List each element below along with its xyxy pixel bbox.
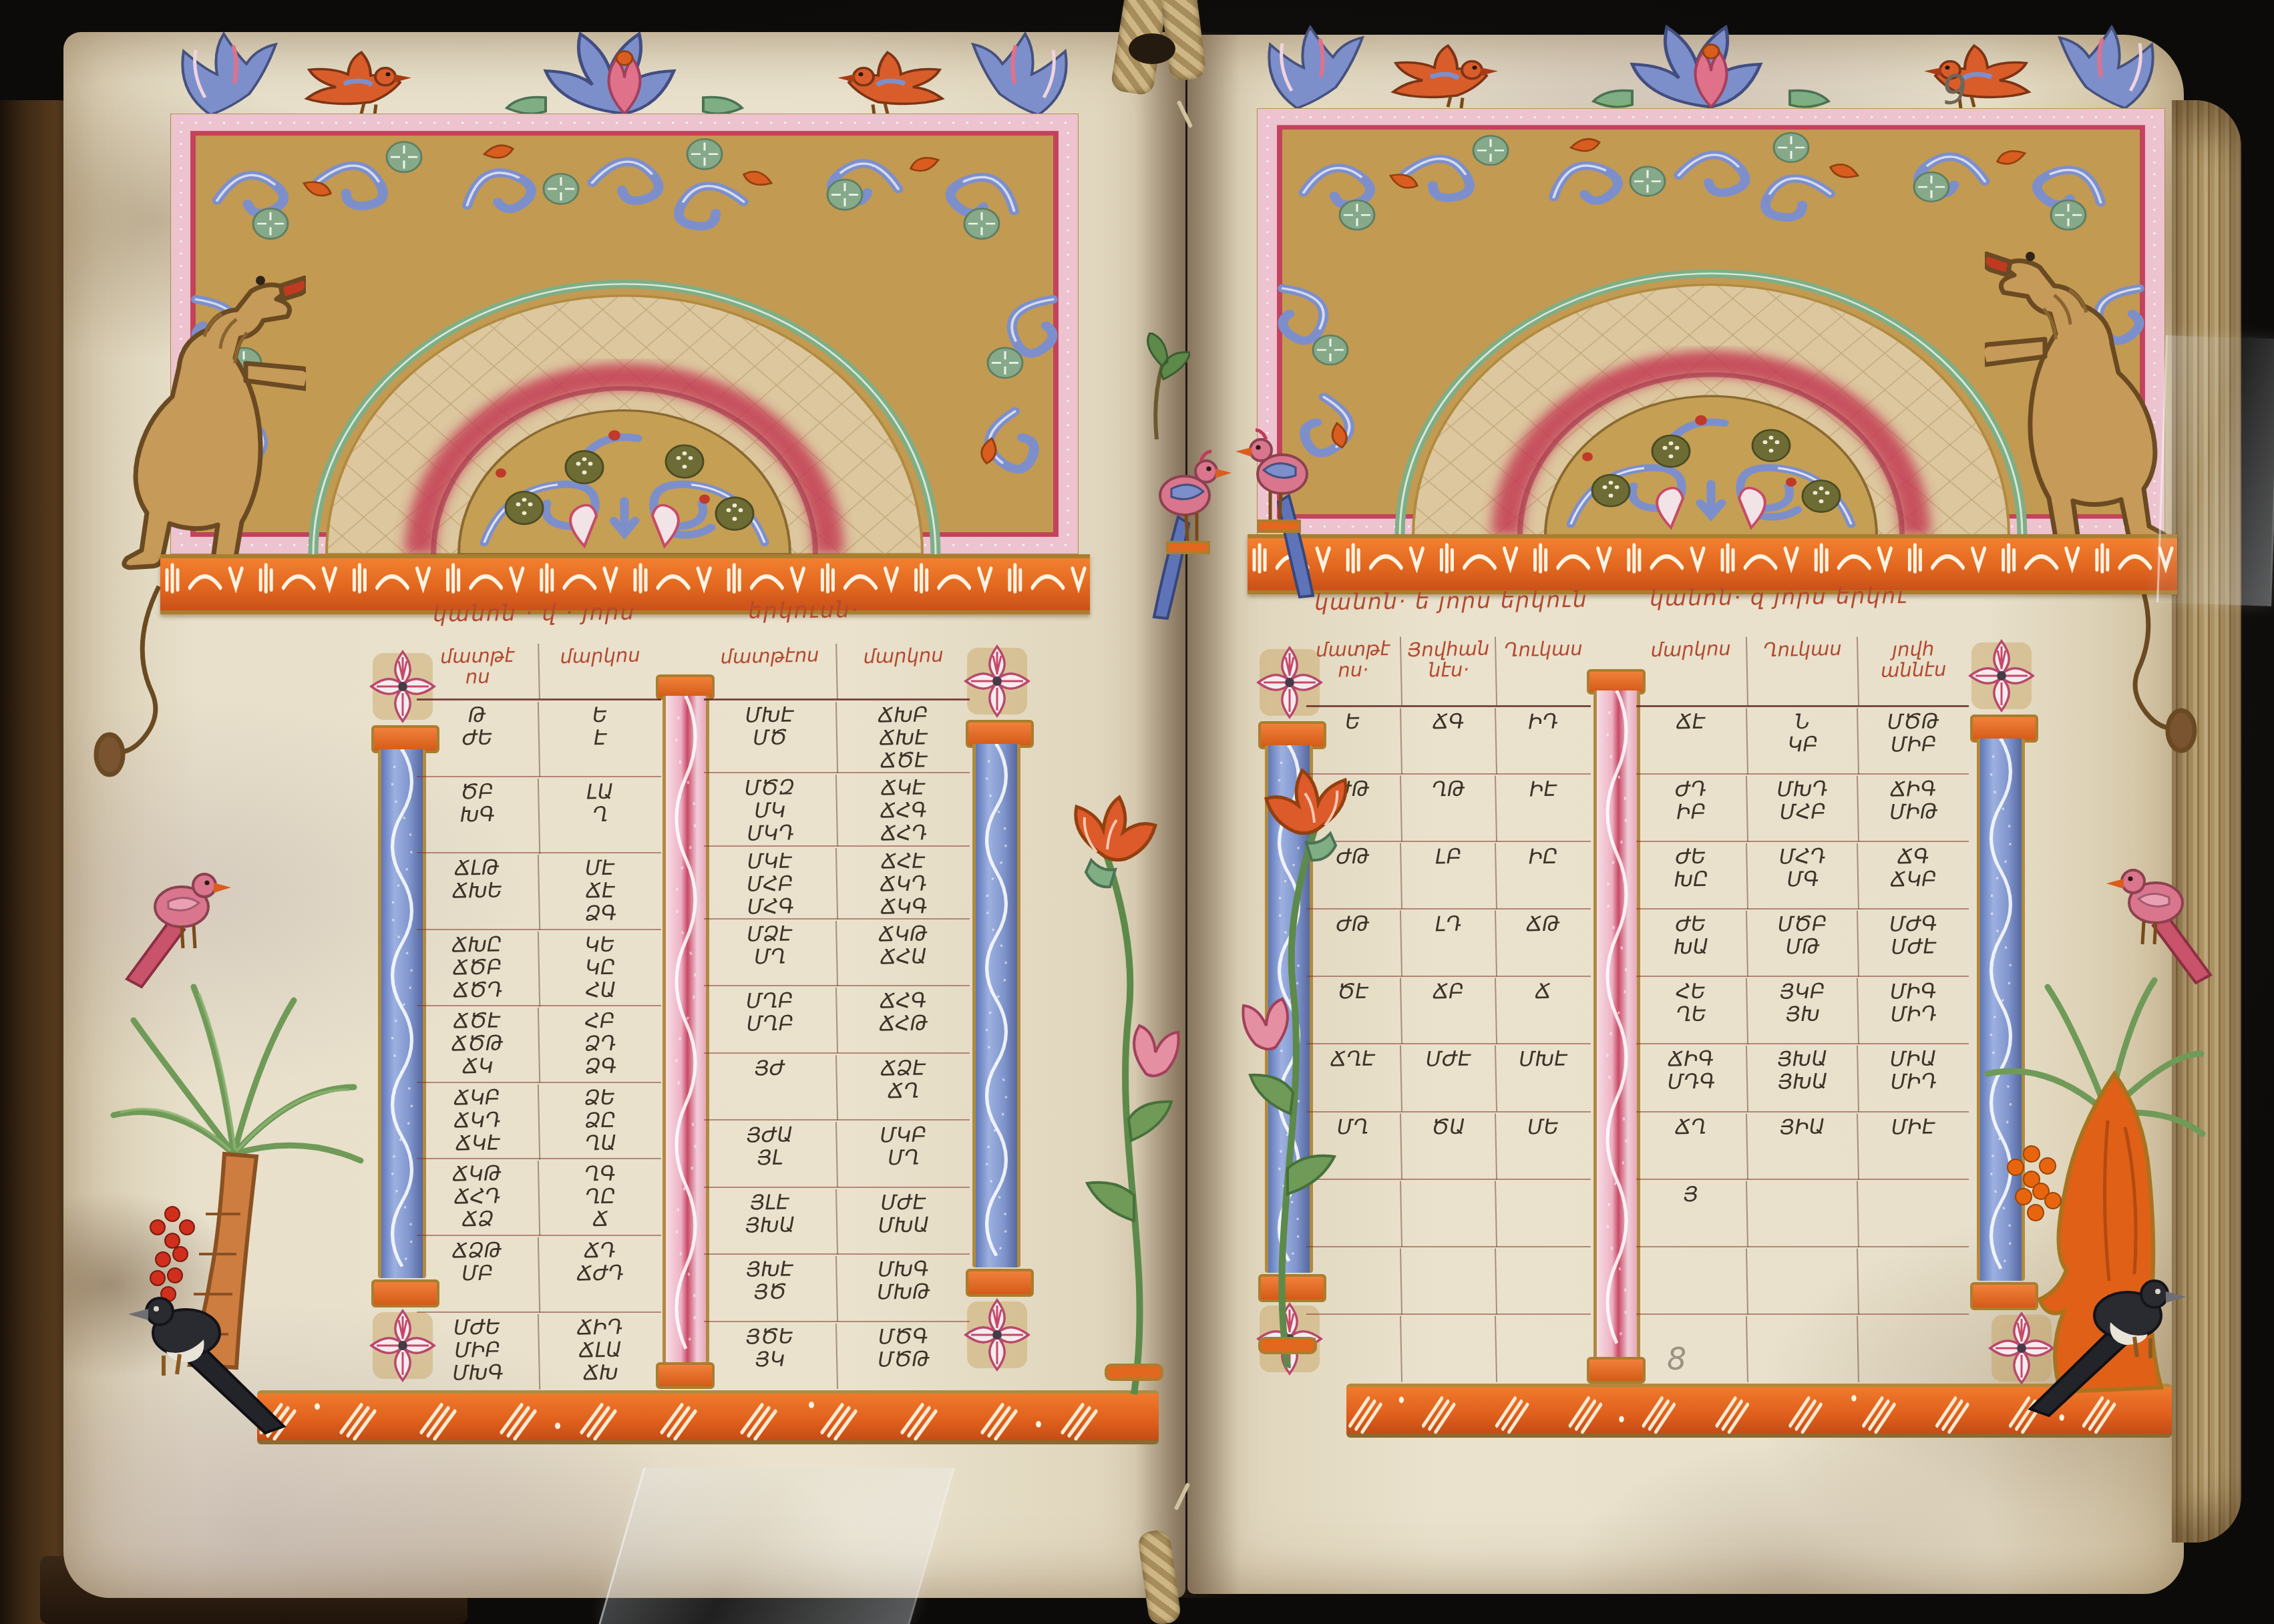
manuscript-photo: կանոն · վ · յորս երկուսն· մատթէ ոսմարկոս… bbox=[0, 0, 2274, 1624]
table-row: Թ ԺԵԵ Է bbox=[417, 698, 661, 776]
table-cell: ԻԸ bbox=[1495, 841, 1591, 909]
column-shaft-pink bbox=[662, 696, 709, 1364]
table-cell: ՃԻԳ ՄԴԳ bbox=[1636, 1044, 1747, 1112]
table-row: ՃԿԹ ՃՀԴ ՃՁՂԳ ՂԸ Ճ bbox=[417, 1158, 661, 1235]
table-cell: ՃԽԲ ՃԽԷ ՃԾԷ bbox=[835, 699, 970, 773]
table-row: ՄԾԶ ՄԿ ՄԿԴՃԿԷ ՃՀԳ ՃՀԴ bbox=[704, 772, 970, 845]
margin-bird-pink bbox=[2097, 835, 2231, 995]
canon-table: մատթէ ոսմարկոսԹ ԺԵԵ ԷԾԲ ԽԳԼԱ ՂՃԼԹ ՃԽԵՄԷ … bbox=[417, 642, 661, 1388]
perched-bird-left-page bbox=[1130, 417, 1237, 630]
table-row: ՅԼԷ ՅԽԱՄԺԷ ՄԽԱ bbox=[704, 1187, 970, 1253]
folio-number: 9 bbox=[1941, 66, 1969, 114]
table-row: ԺԵ ԽԱՄԾԲ ՄԹՄԺԳ ՄԺԷ bbox=[1636, 908, 1969, 976]
rosette-flower bbox=[1965, 636, 2038, 716]
column-shaft-blue bbox=[972, 744, 1020, 1267]
column-header: մարկոս bbox=[835, 641, 970, 700]
table-cell: ՄՀԴ ՄԳ bbox=[1746, 841, 1859, 909]
table-row: ՃԽԸ ՃԾԲ ՃԾԴԿԵ ԿԸ ՀԱ bbox=[417, 929, 661, 1006]
column-base bbox=[966, 1269, 1034, 1297]
table-cell: Ն ԿԲ bbox=[1746, 706, 1859, 775]
table-cell: ՄԾԹ ՄԻԲ bbox=[1857, 706, 1969, 775]
table-cell: Ճ bbox=[1495, 976, 1591, 1044]
magpie-bird-right bbox=[2010, 1237, 2197, 1424]
table-row: ՃԿԲ ՃԿԴ ՃԿԷՁԵ ՁԸ ՂԱ bbox=[417, 1082, 661, 1159]
margin-bird-pink bbox=[107, 839, 240, 999]
column-header: Յովհան նէս· bbox=[1400, 635, 1497, 706]
table-cell: ՄԵ bbox=[1495, 1111, 1591, 1179]
table-cell bbox=[1857, 1246, 1969, 1315]
table-cell: ՃԽԸ ՃԾԲ ՃԾԴ bbox=[416, 929, 539, 1006]
table-row: ԾԲ ԽԳԼԱ Ղ bbox=[417, 776, 661, 853]
table-cell: ՄԾԲ ՄԹ bbox=[1746, 909, 1859, 978]
table-cell: ՅԽԱ ՅԽԱ bbox=[1746, 1044, 1859, 1112]
table-cell: ՃԿԹ ՃՀԴ ՃՁ bbox=[416, 1158, 539, 1235]
table-row: ՃԻԳ ՄԴԳՅԽԱ ՅԽԱՄԻԱ ՄԻԴ bbox=[1636, 1043, 1969, 1110]
table-cell: ՃԳ ՃԿԲ bbox=[1857, 841, 1969, 909]
crest-ornament-right bbox=[1257, 21, 2165, 108]
table-cell: ՄԿԲ ՄՂ bbox=[835, 1119, 970, 1188]
table-row: ՃՂՅԻԱՄԻԷ bbox=[1636, 1111, 1969, 1179]
table-cell: ՃՂ bbox=[1636, 1111, 1747, 1180]
table-cell: ՃԾԷ ՃԾԹ ՃԿ bbox=[416, 1005, 539, 1082]
table-cell: ՄԺԷ bbox=[1400, 1044, 1497, 1112]
table-row bbox=[1636, 1246, 1969, 1313]
column-header: մարկոս bbox=[1636, 634, 1747, 706]
table-cell: ՄԻԷ bbox=[1857, 1111, 1969, 1180]
table-row: ՅԺՃՁԷ ՃՂ bbox=[704, 1052, 970, 1119]
table-cell: ԺԵ ԽԸ bbox=[1636, 841, 1747, 909]
plastic-strip-bottom bbox=[598, 1468, 954, 1624]
table-cell: ՅԽԷ ՅԾ bbox=[703, 1253, 837, 1322]
table-row: ՃԾԷ ՃԾԹ ՃԿՀԲ ՁԴ ՁԳ bbox=[417, 1005, 661, 1082]
table-cell: ՄԾԶ ՄԿ ՄԿԴ bbox=[703, 772, 837, 846]
table-cell bbox=[1857, 1179, 1969, 1247]
table-cell bbox=[1746, 1246, 1859, 1315]
table-row: ՄԿԷ ՄՀԲ ՄՀԳՃՀԷ ՃԿԴ ՃԿԳ bbox=[704, 845, 970, 918]
table-cell bbox=[1636, 1246, 1747, 1315]
table-cell: ԿԵ ԿԸ ՀԱ bbox=[538, 929, 662, 1006]
table-cell bbox=[1400, 1246, 1497, 1314]
table-header-row: մատթէ ոս·Յովհան նէս·Ղուկաս bbox=[1306, 636, 1591, 705]
table-cell bbox=[1495, 1179, 1591, 1247]
table-cell: ՅԺԱ ՅԼ bbox=[703, 1119, 837, 1188]
table-header-row: մարկոսՂուկասյովհ աննէս bbox=[1636, 636, 1969, 705]
table-row: ՄԽԷ ՄԾՃԽԲ ՃԽԷ ՃԾԷ bbox=[704, 698, 970, 772]
table-cell: ԼԲ bbox=[1400, 841, 1497, 909]
table-cell: ՄԻԳ ՄԻԴ bbox=[1857, 976, 1969, 1045]
table-cell: ՄԽԷ bbox=[1495, 1044, 1591, 1112]
table-cell: ՄԺԷ ՄԽԱ bbox=[835, 1187, 970, 1255]
table-cell: ԾԱ bbox=[1400, 1111, 1497, 1179]
table-cell: ԾԲ ԽԳ bbox=[416, 776, 539, 853]
table-cell: ՃՀԳ ՃՀԹ bbox=[835, 985, 970, 1054]
table-cell: ՄԽԷ ՄԾ bbox=[703, 699, 837, 773]
column-header: յովհ աննէս bbox=[1857, 634, 1969, 706]
table-cell bbox=[1746, 1179, 1859, 1247]
column-header: Ղուկաս bbox=[1495, 635, 1591, 706]
rosette-flower bbox=[960, 1293, 1034, 1377]
headpiece-panel-left bbox=[170, 114, 1079, 554]
column-header: մատթէոս bbox=[703, 641, 837, 700]
table-cell bbox=[1400, 1313, 1497, 1382]
table-cell: ՄԺԵ ՄԻԲ ՄԽԳ bbox=[416, 1311, 539, 1389]
crest-ornament-left bbox=[170, 28, 1079, 115]
table-cell bbox=[1636, 1313, 1747, 1382]
canon-table: մատթէոսմարկոսՄԽԷ ՄԾՃԽԲ ՃԽԷ ՃԾԷՄԾԶ ՄԿ ՄԿԴ… bbox=[704, 642, 970, 1388]
table-cell: ՄՂԲ ՄՂԲ bbox=[703, 985, 837, 1054]
table-cell: ԺԵ ԽԱ bbox=[1636, 909, 1747, 978]
perched-bird-right-page bbox=[1230, 395, 1337, 609]
magpie-bird-left bbox=[117, 1254, 304, 1441]
table-cell: ՁԵ ՁԸ ՂԱ bbox=[538, 1082, 662, 1159]
table-cell: ՀԵ ՂԵ bbox=[1636, 976, 1747, 1045]
table-cell: ՃԿԹ ՃՀԱ bbox=[835, 918, 970, 987]
canon-caption-left: կանոն · վ · յորս bbox=[433, 598, 636, 626]
column-header: Ղուկաս bbox=[1746, 634, 1859, 706]
table-cell: ԺԴ ԻԲ bbox=[1636, 773, 1747, 842]
table-row: ԵՃԳԻԴ bbox=[1306, 705, 1591, 773]
table-header-row: մատթէոսմարկոս bbox=[704, 642, 970, 698]
table-cell: ՃԷ bbox=[1636, 706, 1747, 775]
table-row: ՅԺԱ ՅԼՄԿԲ ՄՂ bbox=[704, 1119, 970, 1186]
table-cell: ՄԻԱ ՄԻԴ bbox=[1857, 1044, 1969, 1112]
table-row: Յ bbox=[1636, 1179, 1969, 1246]
table-cell: ՃԻԴ ՃԼԱ ՃԽ bbox=[538, 1311, 662, 1389]
lion-illustration-left bbox=[79, 239, 306, 800]
table-row: ՃՁԹ ՄԲՃԴ ՃԺԴ bbox=[417, 1235, 661, 1311]
canon-caption-left: կանոն· ե յորս երկուն bbox=[1314, 586, 1588, 615]
table-cell: ՅԻԱ bbox=[1746, 1111, 1859, 1180]
table-cell: ԻԴ bbox=[1495, 706, 1591, 775]
column-header: մատթէ ոս· bbox=[1306, 635, 1401, 706]
column-header: մատթէ ոս bbox=[416, 641, 539, 700]
table-cell: ՅԼԷ ՅԽԱ bbox=[703, 1187, 837, 1255]
table-cell: Թ ԺԵ bbox=[416, 699, 539, 777]
table-cell: ՃԳ bbox=[1400, 706, 1497, 775]
canon-caption-right: կանոն· զ յորս երկու bbox=[1650, 582, 1908, 611]
table-cell: ՃՀԷ ՃԿԴ ՃԿԳ bbox=[835, 845, 970, 919]
table-cell: ՃԴ ՃԺԴ bbox=[538, 1235, 662, 1312]
table-cell: ԼԱ Ղ bbox=[538, 776, 662, 853]
table-cell: ՃԿԷ ՃՀԳ ՃՀԴ bbox=[835, 772, 970, 846]
table-cell: ՂԳ ՂԸ Ճ bbox=[538, 1158, 662, 1235]
table-cell: ՃԼԹ ՃԽԵ bbox=[416, 852, 539, 930]
table-cell bbox=[1400, 1179, 1497, 1247]
table-row: ՃԷՆ ԿԲՄԾԹ ՄԻԲ bbox=[1636, 705, 1969, 773]
flower-stalk-right-page bbox=[1214, 767, 1388, 1381]
table-row: ՄՁԷ ՄՂՃԿԹ ՃՀԱ bbox=[704, 918, 970, 985]
table-cell bbox=[1857, 1313, 1969, 1382]
table-cell: ՄՁԷ ՄՂ bbox=[703, 918, 837, 987]
sprig-ornament bbox=[1123, 333, 1190, 439]
table-cell: ՄԿԷ ՄՀԲ ՄՀԳ bbox=[703, 845, 837, 920]
table-row: ՄՂԲ ՄՂԲՃՀԳ ՃՀԹ bbox=[704, 985, 970, 1052]
rosette-flower bbox=[960, 641, 1034, 721]
table-cell: ՃԲ bbox=[1400, 976, 1497, 1044]
column-header: մարկոս bbox=[538, 641, 662, 700]
table-cell: ՃՁԹ ՄԲ bbox=[416, 1235, 539, 1312]
table-cell: Ե bbox=[1306, 706, 1401, 775]
table-cell: ՅԺ bbox=[703, 1052, 837, 1121]
binding-knot bbox=[1129, 33, 1175, 64]
table-cell bbox=[1495, 1313, 1591, 1382]
table-cell: Յ bbox=[1636, 1179, 1747, 1247]
table-header-row: մատթէ ոսմարկոս bbox=[417, 642, 661, 698]
plastic-strip-right bbox=[2156, 335, 2274, 606]
table-row: ՅԾԵ ՅԿՄԾԳ ՄԾԹ bbox=[704, 1321, 970, 1388]
column-shaft-pink bbox=[1593, 690, 1640, 1358]
table-cell: ՄԽԳ ՄԽԹ bbox=[835, 1253, 970, 1322]
table-cell: ՃԻԳ ՄԻԹ bbox=[1857, 773, 1969, 842]
table-cell bbox=[1495, 1246, 1591, 1314]
table-cell: ԻԷ bbox=[1495, 774, 1591, 842]
table-cell: ՄԷ ՃԷ ՁԳ bbox=[538, 852, 662, 930]
table-cell bbox=[1746, 1313, 1859, 1382]
table-row: ՃԼԹ ՃԽԵՄԷ ՃԷ ՁԳ bbox=[417, 852, 661, 929]
table-row: ՅԽԷ ՅԾՄԽԳ ՄԽԹ bbox=[704, 1253, 970, 1320]
table-row: ԺԵ ԽԸՄՀԴ ՄԳՃԳ ՃԿԲ bbox=[1636, 841, 1969, 908]
flower-stalk-left-page bbox=[1034, 793, 1207, 1408]
table-cell: ՄԾԳ ՄԾԹ bbox=[835, 1320, 970, 1389]
table-cell: ՃՁԷ ՃՂ bbox=[835, 1052, 970, 1121]
stray-pencil-mark: 8 bbox=[1667, 1341, 1686, 1377]
canon-caption-right: երկուսն· bbox=[748, 596, 860, 624]
table-cell: ՅԿԲ ՅԽ bbox=[1746, 976, 1859, 1045]
table-cell: ՄԺԳ ՄԺԷ bbox=[1857, 909, 1969, 978]
table-cell: ՄԽԴ ՄՀԲ bbox=[1746, 773, 1859, 842]
canon-table: մարկոսՂուկասյովհ աննէսՃԷՆ ԿԲՄԾԹ ՄԻԲԺԴ ԻԲ… bbox=[1636, 636, 1969, 1381]
table-cell: ՅԾԵ ՅԿ bbox=[703, 1321, 837, 1390]
table-row: ՀԵ ՂԵՅԿԲ ՅԽՄԻԳ ՄԻԴ bbox=[1636, 976, 1969, 1043]
base-bar-left bbox=[257, 1390, 1159, 1444]
table-cell: ՃԿԲ ՃԿԴ ՃԿԷ bbox=[416, 1082, 539, 1159]
table-cell: ՂԹ bbox=[1400, 774, 1497, 842]
table-cell: ՀԲ ՁԴ ՁԳ bbox=[538, 1005, 662, 1082]
table-cell: Ե Է bbox=[538, 699, 662, 777]
table-cell: ԼԴ bbox=[1400, 909, 1497, 977]
table-cell: ՃԹ bbox=[1495, 909, 1591, 977]
table-row: ՄԺԵ ՄԻԲ ՄԽԳՃԻԴ ՃԼԱ ՃԽ bbox=[417, 1311, 661, 1388]
table-row: ԺԴ ԻԲՄԽԴ ՄՀԲՃԻԳ ՄԻԹ bbox=[1636, 773, 1969, 841]
